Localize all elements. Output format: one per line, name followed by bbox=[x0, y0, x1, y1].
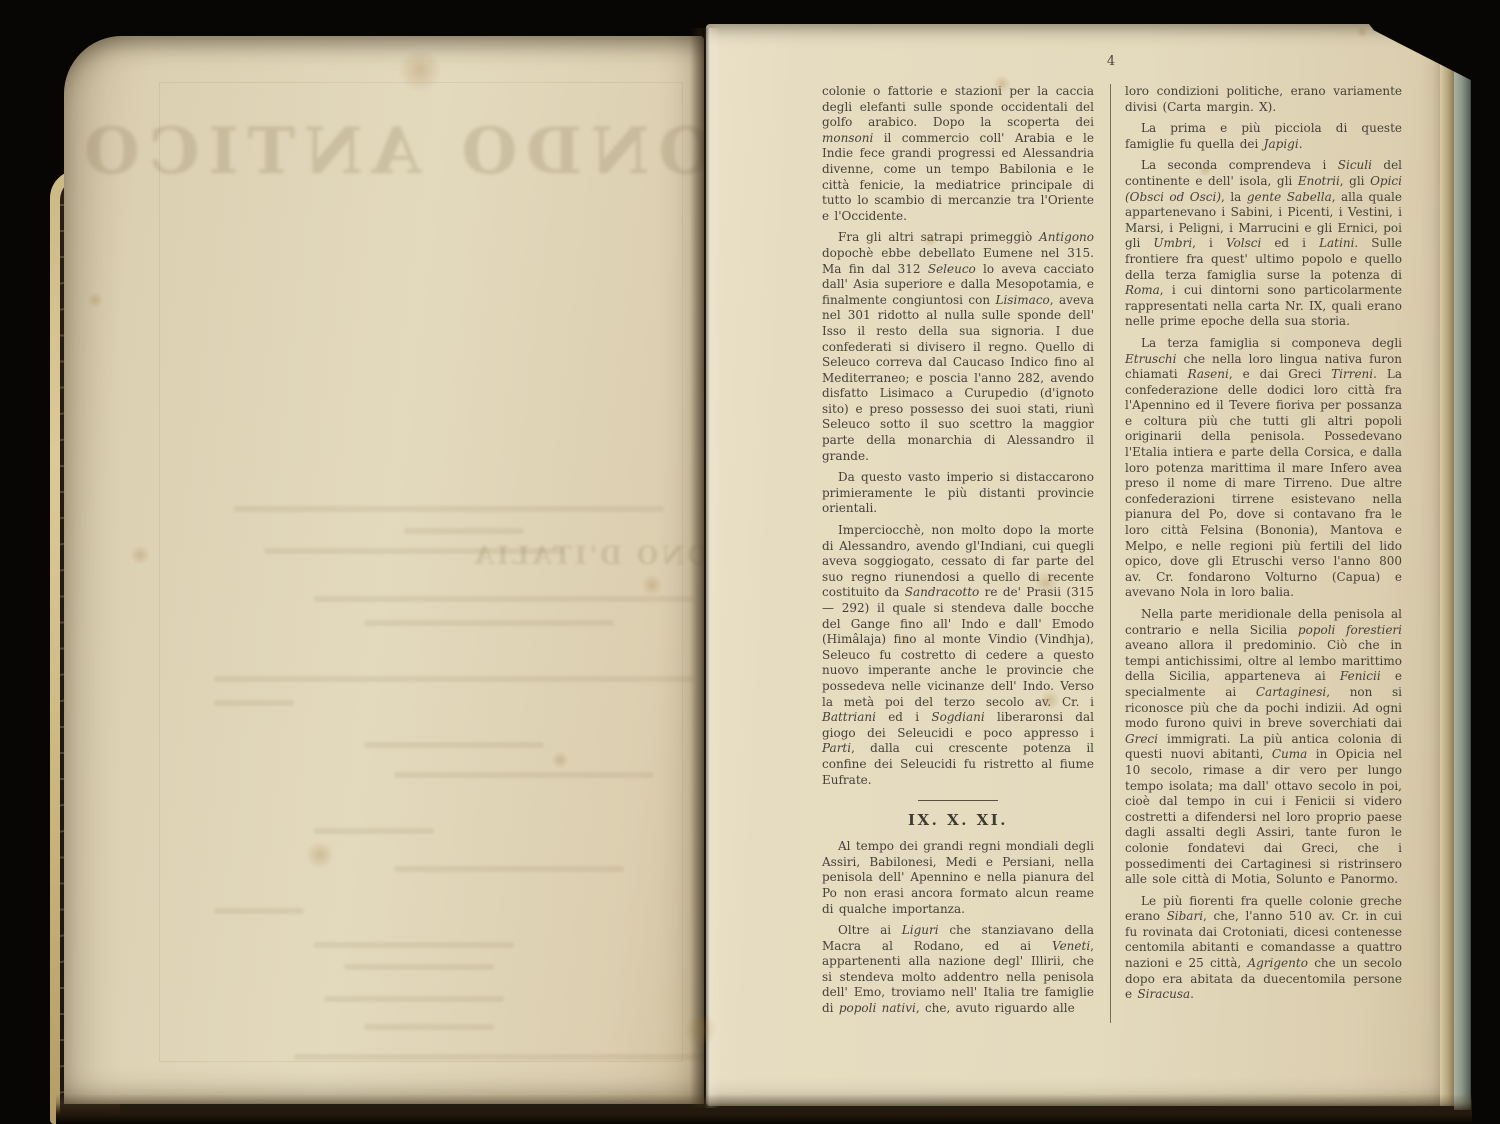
fox-spot bbox=[306, 841, 334, 869]
bleedthrough-line bbox=[294, 1054, 704, 1060]
bleedthrough-line bbox=[364, 620, 614, 626]
fox-spot bbox=[923, 233, 937, 247]
text-column-left: colonie o fattorie e stazioni per la cac… bbox=[822, 84, 1110, 1023]
bleedthrough-line bbox=[314, 828, 434, 834]
paragraph: La prima e più picciola di queste famigl… bbox=[1125, 121, 1402, 152]
paragraph: Fra gli altri satrapi primeggiò Antigono… bbox=[822, 230, 1094, 464]
bleedthrough-line bbox=[364, 1024, 494, 1030]
bleedthrough-line bbox=[394, 866, 624, 872]
fox-spot bbox=[1034, 571, 1058, 595]
printed-page: 4 colonie o fattorie e stazioni per la c… bbox=[706, 24, 1444, 1106]
bleedthrough-line bbox=[214, 700, 294, 706]
text-columns: colonie o fattorie e stazioni per la cac… bbox=[822, 84, 1402, 1023]
fox-spot bbox=[683, 1013, 717, 1047]
open-book-photo: ONDO ANTICO ONO D'ITALIA 4 colonie o fat… bbox=[0, 0, 1500, 1124]
bleedthrough-line bbox=[234, 506, 664, 512]
bleedthrough-line bbox=[394, 772, 654, 778]
bleedthrough-line bbox=[314, 942, 514, 948]
bleedthrough-subtitle: ONO D'ITALIA bbox=[329, 541, 704, 570]
text-column-right: loro condizioni politiche, erano variame… bbox=[1110, 84, 1402, 1023]
bleedthrough-line bbox=[344, 964, 494, 970]
paragraph: La terza famiglia si componeva degli Etr… bbox=[1125, 336, 1402, 601]
paragraph: Le più fiorenti fra quelle colonie grech… bbox=[1125, 894, 1402, 1003]
left-blank-page: ONDO ANTICO ONO D'ITALIA bbox=[64, 36, 704, 1104]
bleedthrough-line bbox=[404, 528, 524, 534]
fox-spot bbox=[641, 574, 663, 596]
section-divider-rule bbox=[918, 800, 998, 801]
paragraph: Nella parte meridionale della penisola a… bbox=[1125, 607, 1402, 888]
paragraph: Imperciocchè, non molto dopo la morte di… bbox=[822, 523, 1094, 788]
paragraph: Da questo vasto imperio si distaccarono … bbox=[822, 470, 1094, 517]
page-block-fore-edge bbox=[1440, 26, 1454, 1106]
fox-spot bbox=[130, 545, 150, 565]
fox-spot bbox=[551, 751, 569, 769]
paragraph: colonie o fattorie e stazioni per la cac… bbox=[822, 84, 1094, 224]
bleedthrough-line bbox=[264, 548, 564, 554]
bleedthrough-title: ONDO ANTICO bbox=[134, 114, 704, 189]
bleedthrough-frame bbox=[159, 82, 683, 1062]
page-bottom-edge bbox=[56, 1094, 1472, 1124]
fox-spot bbox=[1198, 163, 1212, 177]
fox-spot bbox=[87, 292, 103, 308]
fox-spot bbox=[993, 75, 1011, 93]
fox-spot bbox=[398, 48, 442, 92]
bleedthrough-line bbox=[364, 742, 544, 748]
bleedthrough-line bbox=[324, 996, 504, 1002]
paragraph: loro condizioni politiche, erano variame… bbox=[1125, 84, 1402, 115]
paragraph: Oltre ai Liguri che stanziavano della Ma… bbox=[822, 923, 1094, 1017]
bleedthrough-line bbox=[214, 676, 694, 682]
fox-spot bbox=[1356, 26, 1368, 38]
fox-spot bbox=[1040, 690, 1060, 710]
fox-spot bbox=[899, 634, 911, 646]
bleedthrough-line bbox=[214, 908, 304, 914]
bleedthrough-line bbox=[314, 596, 694, 602]
book-gutter bbox=[690, 28, 720, 1108]
section-heading: IX. X. XI. bbox=[822, 811, 1094, 829]
book-fore-edge-green bbox=[1454, 20, 1471, 1110]
page-number: 4 bbox=[822, 54, 1400, 69]
paragraph: La seconda comprendeva i Siculi del cont… bbox=[1125, 158, 1402, 330]
paragraph: Al tempo dei grandi regni mondiali degli… bbox=[822, 839, 1094, 917]
